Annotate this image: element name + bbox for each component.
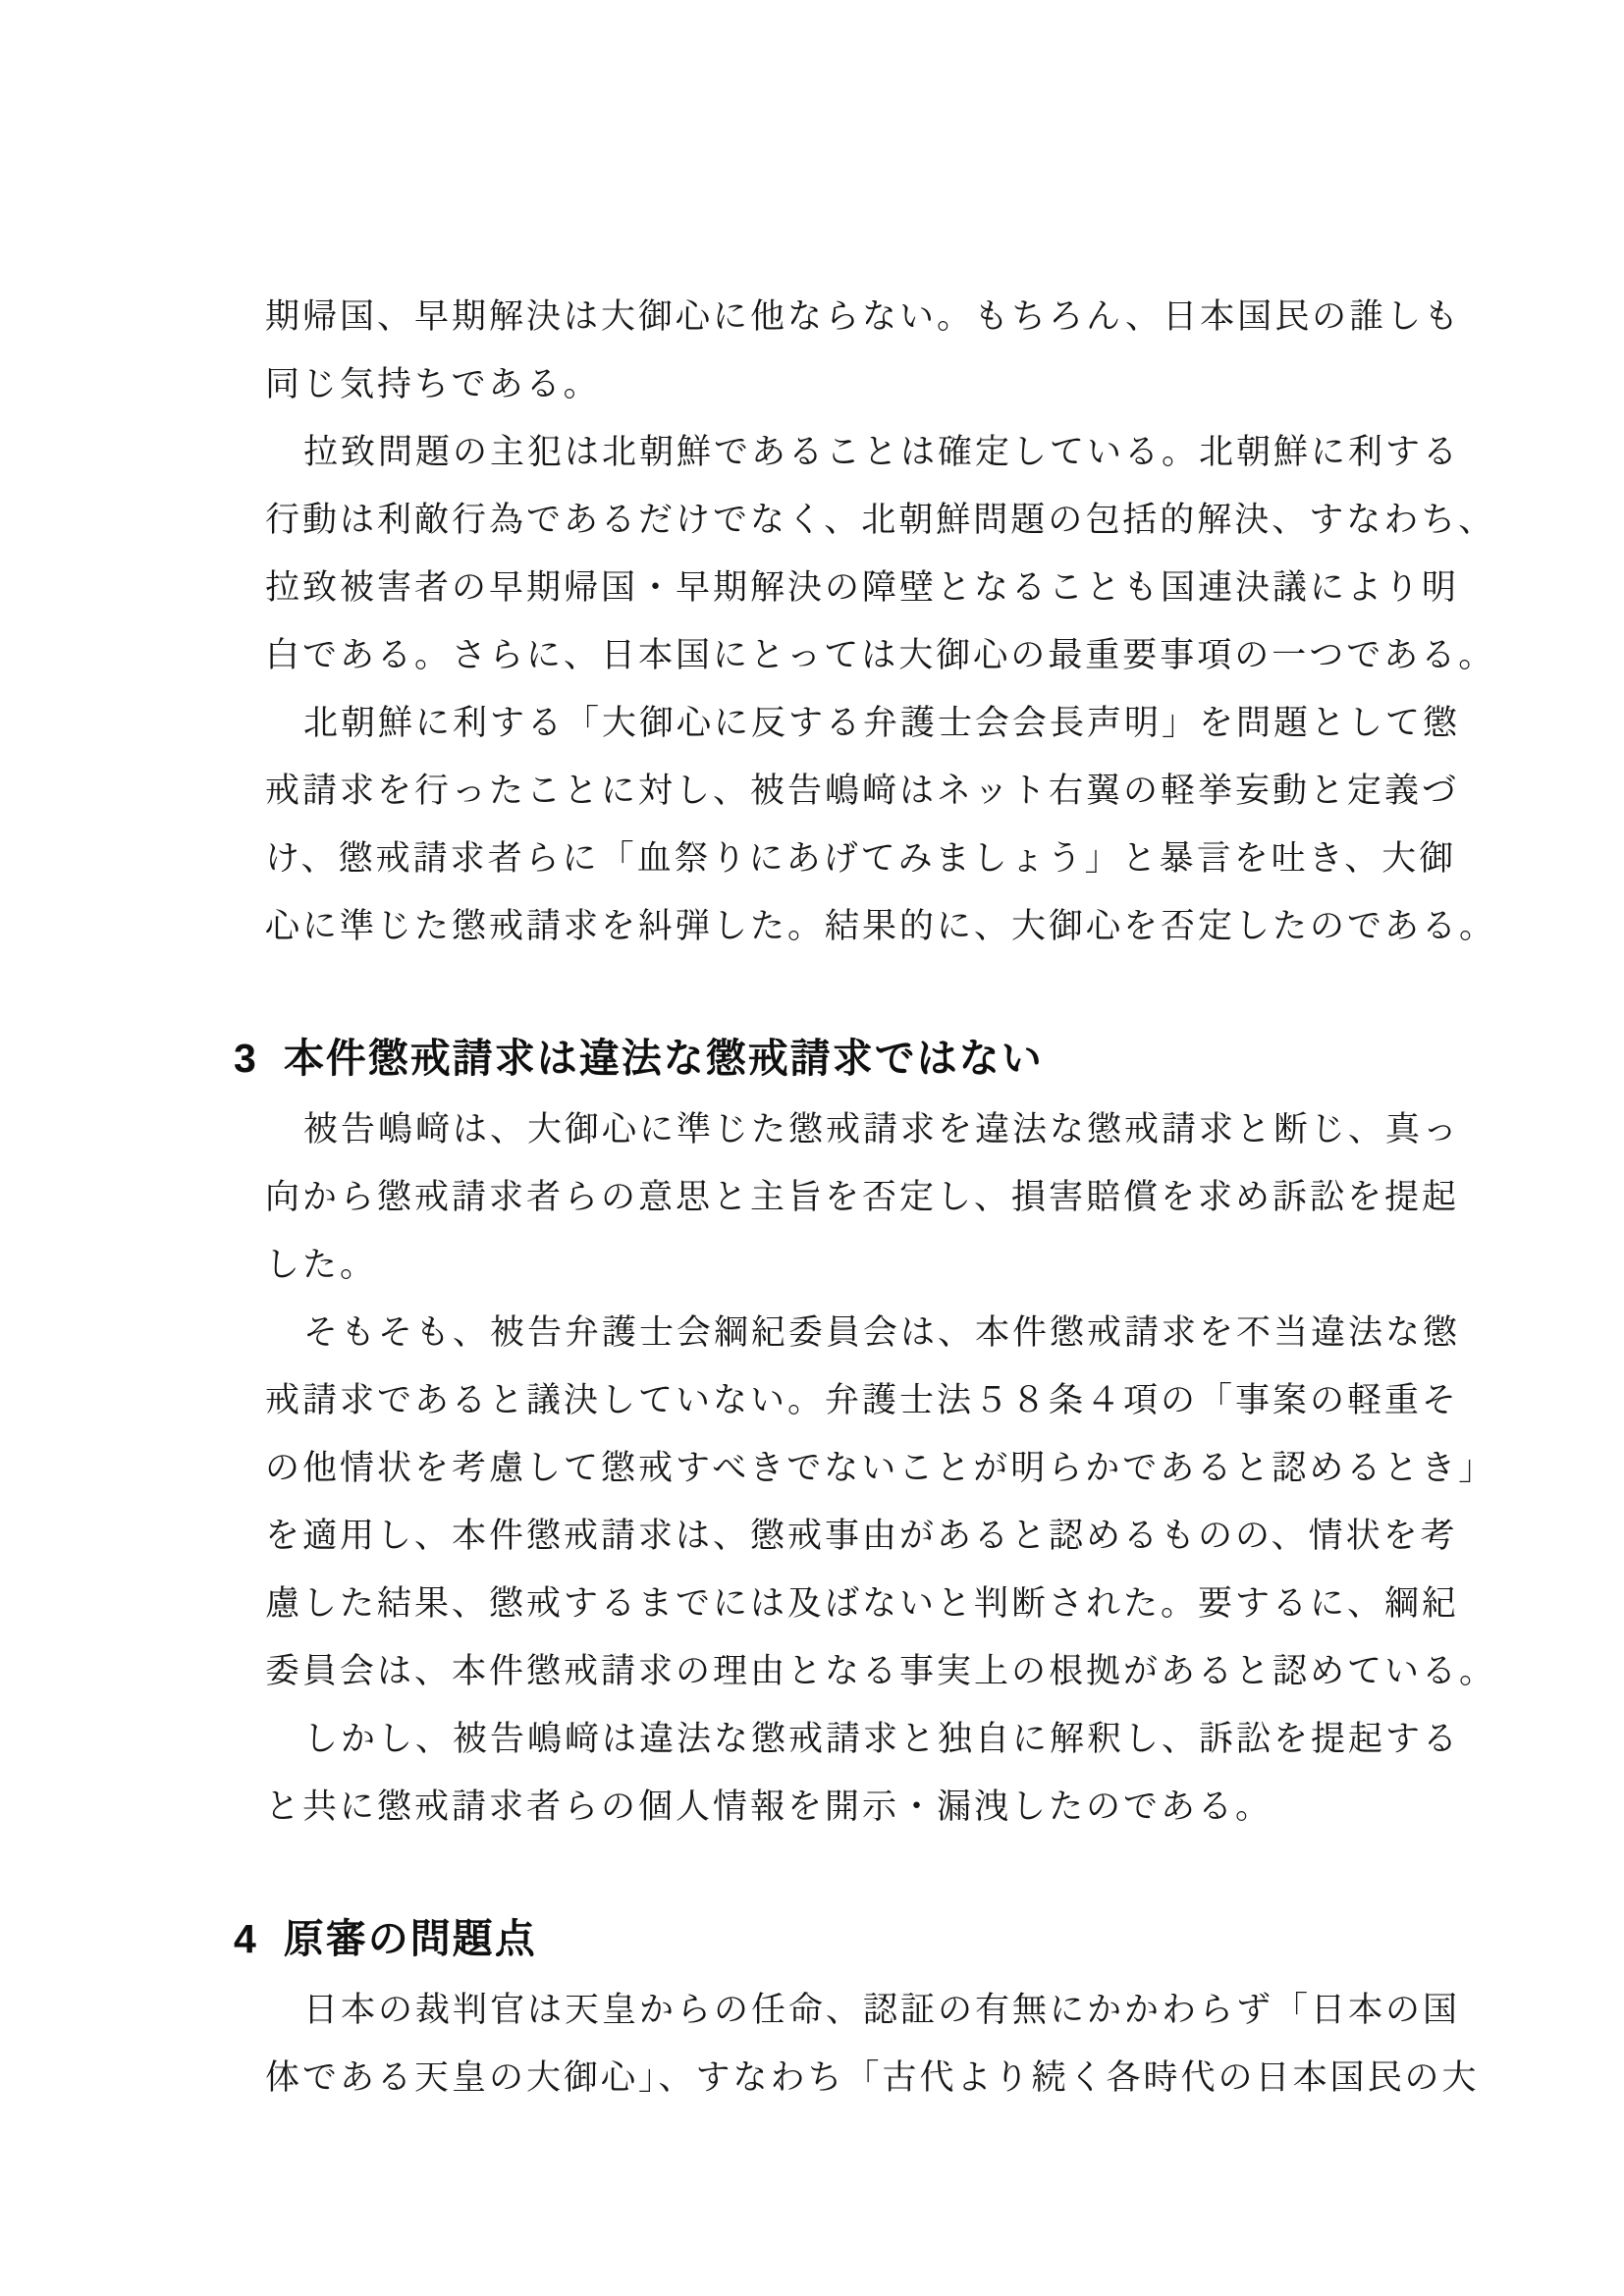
paragraph: そもそも、被告弁護士会綱紀委員会は、本件懲戒請求を不当違法な懲 戒請求であると議…	[265, 1299, 1483, 1705]
text-line: 日本の裁判官は天皇からの任命、認証の有無にかかわらず「日本の国	[265, 1976, 1483, 2044]
text-line: 白である。さらに、日本国にとっては大御心の最重要事項の一つである。	[265, 621, 1483, 689]
document-page: 期帰国、早期解決は大御心に他ならない。もちろん、日本国民の誰しも 同じ気持ちであ…	[0, 0, 1624, 2296]
paragraph: 拉致問題の主犯は北朝鮮であることは確定している。北朝鮮に利する 行動は利敵行為で…	[265, 418, 1483, 689]
text-line: 体である天皇の大御心」、すなわち「古代より続く各時代の日本国民の大	[265, 2044, 1483, 2111]
document-body: 期帰国、早期解決は大御心に他ならない。もちろん、日本国民の誰しも 同じ気持ちであ…	[265, 283, 1483, 2111]
text-line: そもそも、被告弁護士会綱紀委員会は、本件懲戒請求を不当違法な懲	[265, 1299, 1483, 1366]
text-line: 委員会は、本件懲戒請求の理由となる事実上の根拠があると認めている。	[265, 1637, 1483, 1705]
text-line: 向から懲戒請求者らの意思と主旨を否定し、損害賠償を求め訴訟を提起	[265, 1163, 1483, 1231]
text-line: の他情状を考慮して懲戒すべきでないことが明らかであると認めるとき」	[265, 1434, 1483, 1502]
section-heading-3: 3本件懲戒請求は違法な懲戒請求ではない	[234, 1021, 1483, 1095]
section-number: 3	[234, 1021, 258, 1095]
text-line: 心に準じた懲戒請求を糾弾した。結果的に、大御心を否定したのである。	[265, 892, 1483, 960]
text-line: 戒請求であると議決していない。弁護士法５８条４項の「事案の軽重そ	[265, 1366, 1483, 1434]
paragraph: しかし、被告嶋﨑は違法な懲戒請求と独自に解釈し、訴訟を提起する と共に懲戒請求者…	[265, 1705, 1483, 1841]
text-line: 拉致問題の主犯は北朝鮮であることは確定している。北朝鮮に利する	[265, 418, 1483, 486]
text-line: 行動は利敵行為であるだけでなく、北朝鮮問題の包括的解決、すなわち、	[265, 486, 1483, 554]
text-line: を適用し、本件懲戒請求は、懲戒事由があると認めるものの、情状を考	[265, 1502, 1483, 1570]
paragraph: 期帰国、早期解決は大御心に他ならない。もちろん、日本国民の誰しも 同じ気持ちであ…	[265, 283, 1483, 418]
text-line: 慮した結果、懲戒するまでには及ばないと判断された。要するに、綱紀	[265, 1570, 1483, 1637]
text-line: と共に懲戒請求者らの個人情報を開示・漏洩したのである。	[265, 1773, 1483, 1841]
section-number: 4	[234, 1901, 258, 1976]
paragraph: 日本の裁判官は天皇からの任命、認証の有無にかかわらず「日本の国 体である天皇の大…	[265, 1976, 1483, 2111]
text-line: 期帰国、早期解決は大御心に他ならない。もちろん、日本国民の誰しも	[265, 283, 1483, 350]
text-line: した。	[265, 1231, 1483, 1299]
section-title: 原審の問題点	[284, 1916, 537, 1961]
section-title: 本件懲戒請求は違法な懲戒請求ではない	[284, 1036, 1044, 1081]
text-line: 北朝鮮に利する「大御心に反する弁護士会会長声明」を問題として懲	[265, 689, 1483, 757]
text-line: 同じ気持ちである。	[265, 350, 1483, 418]
text-line: しかし、被告嶋﨑は違法な懲戒請求と独自に解釈し、訴訟を提起する	[265, 1705, 1483, 1773]
paragraph: 被告嶋﨑は、大御心に準じた懲戒請求を違法な懲戒請求と断じ、真っ 向から懲戒請求者…	[265, 1095, 1483, 1299]
text-line: 拉致被害者の早期帰国・早期解決の障壁となることも国連決議により明	[265, 554, 1483, 621]
text-line: 被告嶋﨑は、大御心に準じた懲戒請求を違法な懲戒請求と断じ、真っ	[265, 1095, 1483, 1163]
paragraph: 北朝鮮に利する「大御心に反する弁護士会会長声明」を問題として懲 戒請求を行ったこ…	[265, 689, 1483, 960]
text-line: け、懲戒請求者らに「血祭りにあげてみましょう」と暴言を吐き、大御	[265, 825, 1483, 892]
section-heading-4: 4原審の問題点	[234, 1901, 1483, 1976]
text-line: 戒請求を行ったことに対し、被告嶋﨑はネット右翼の軽挙妄動と定義づ	[265, 757, 1483, 825]
